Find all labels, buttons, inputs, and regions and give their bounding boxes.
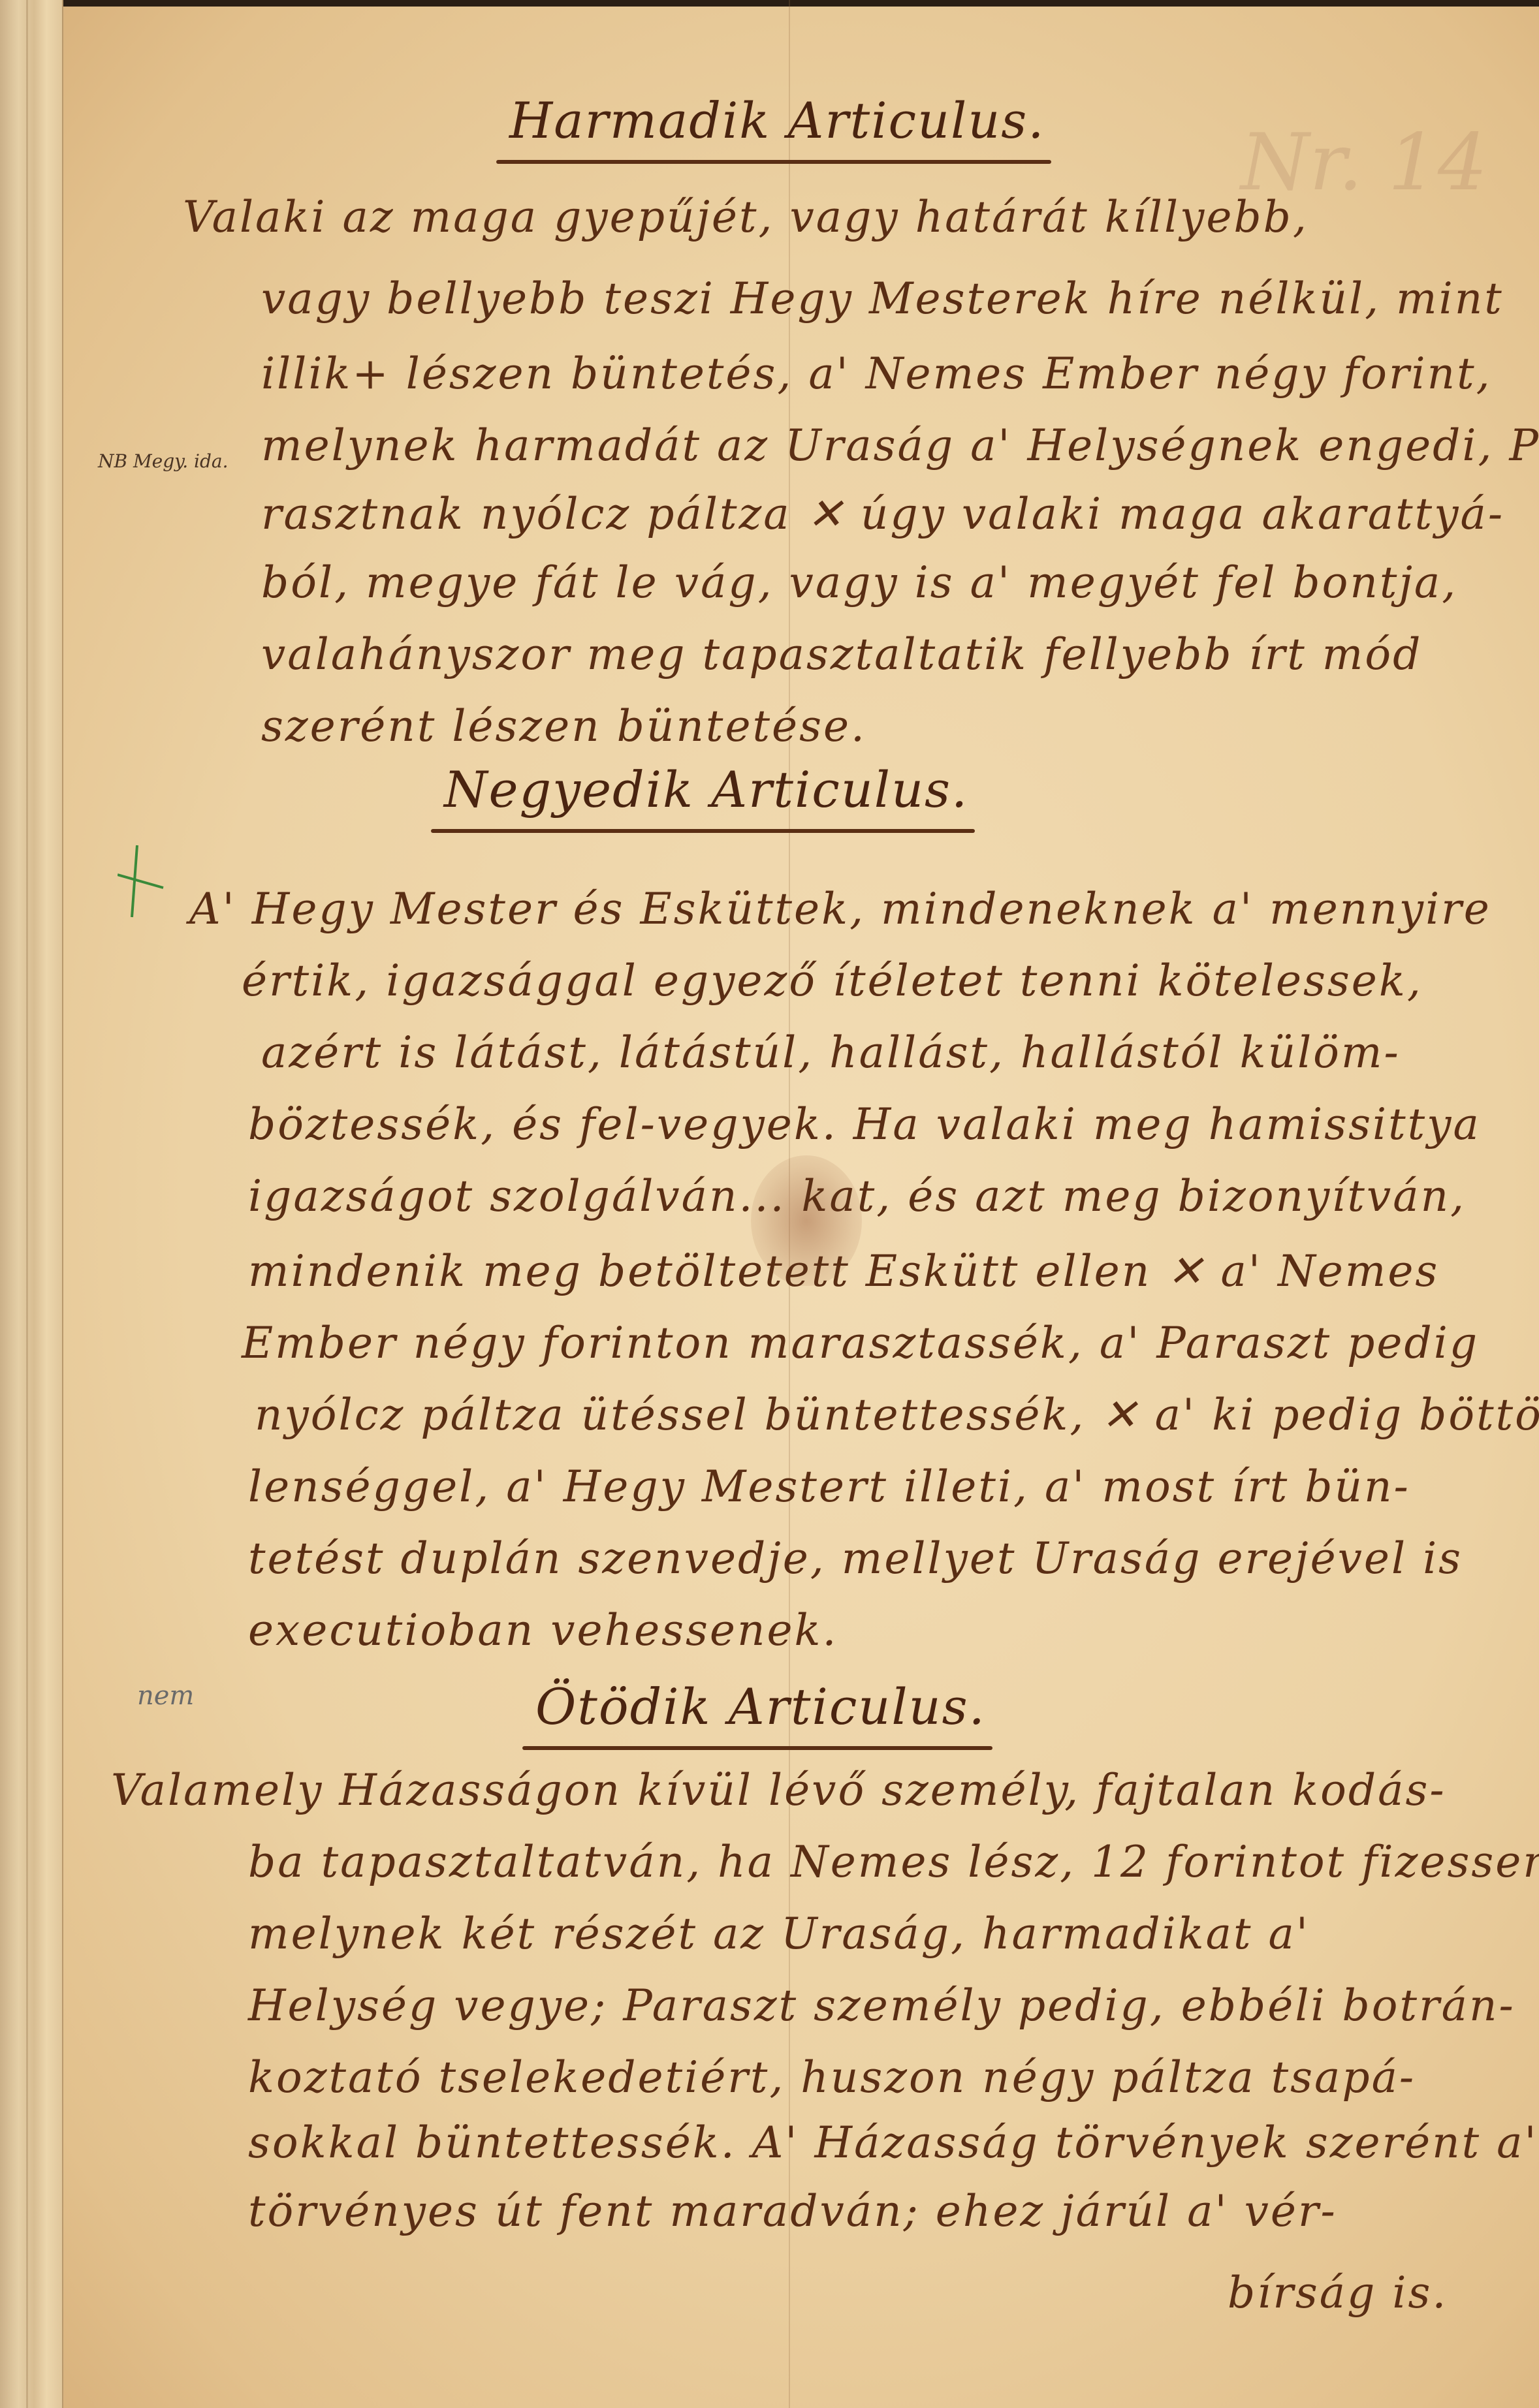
text-line: Helység vegye; Paraszt személy pedig, eb… — [248, 1984, 1515, 2027]
text-line: törvényes út fent maradván; ehez járúl a… — [248, 2190, 1337, 2233]
text-line: vagy bellyebb teszi Hegy Mesterek híre n… — [261, 277, 1504, 321]
text-line: böztessék, és fel-vegyek. Ha valaki meg … — [248, 1103, 1481, 1146]
green-cross-mark-icon — [118, 842, 170, 920]
text-line: értik, igazsággal egyező ítéletet tenni … — [242, 960, 1423, 1003]
text-line: szerént lészen büntetése. — [261, 705, 866, 748]
section-heading: Negyedik Articulus. — [444, 760, 968, 819]
text-line: Valaki az maga gyepűjét, vagy határát kí… — [183, 196, 1309, 239]
text-line: illik+ lészen büntetés, a' Nemes Ember n… — [261, 352, 1492, 396]
text-line: azért is látást, látástúl, hallást, hall… — [261, 1031, 1401, 1074]
heading-underline — [522, 1746, 992, 1750]
text-line: rasztnak nyólcz páltza ✕ úgy valaki maga… — [261, 493, 1504, 536]
manuscript-page: Nr. 14 Harmadik Articulus. Valaki az mag… — [0, 0, 1539, 2408]
text-line: mindenik meg betöltetett Eskütt ellen ✕ … — [248, 1250, 1439, 1293]
section-heading: Harmadik Articulus. — [509, 91, 1045, 149]
text-line: valahányszor meg tapasztaltatik fellyebb… — [261, 633, 1422, 676]
text-line: Valamely Házasságon kívül lévő személy, … — [111, 1769, 1446, 1812]
text-line: lenséggel, a' Hegy Mestert illeti, a' mo… — [248, 1465, 1410, 1509]
binding-edge — [0, 0, 63, 2408]
section-heading: Ötödik Articulus. — [535, 1678, 986, 1736]
text-line: igazságot szolgálván... kat, és azt meg … — [248, 1175, 1466, 1218]
heading-underline — [496, 160, 1051, 164]
text-line: melynek két részét az Uraság, harmadikat… — [248, 1913, 1310, 1956]
pencil-margin-note: nem — [137, 1681, 194, 1711]
text-line: melynek harmadát az Uraság a' Helységnek… — [261, 424, 1539, 467]
text-line: A' Hegy Mester és Esküttek, mindeneknek … — [189, 888, 1491, 931]
text-line: executioban vehessenek. — [248, 1609, 838, 1652]
text-line: ból, megye fát le vág, vagy is a' megyét… — [261, 561, 1457, 604]
text-line: sokkal büntettessék. A' Házasság törvény… — [248, 2121, 1538, 2165]
margin-note: NB Megy. ida. — [98, 450, 229, 472]
text-line: nyólcz páltza ütéssel büntettessék, ✕ a'… — [255, 1394, 1539, 1437]
page-top-edge — [0, 0, 1539, 7]
text-line: ba tapasztaltatván, ha Nemes lész, 12 fo… — [248, 1841, 1539, 1884]
text-line: Ember négy forinton marasztassék, a' Par… — [242, 1322, 1479, 1365]
text-line: bírság is. — [1228, 2272, 1448, 2315]
heading-underline — [431, 829, 975, 833]
text-line: tetést duplán szenvedje, mellyet Uraság … — [248, 1537, 1463, 1580]
text-line: koztató tselekedetiért, huszon négy pált… — [248, 2056, 1416, 2099]
